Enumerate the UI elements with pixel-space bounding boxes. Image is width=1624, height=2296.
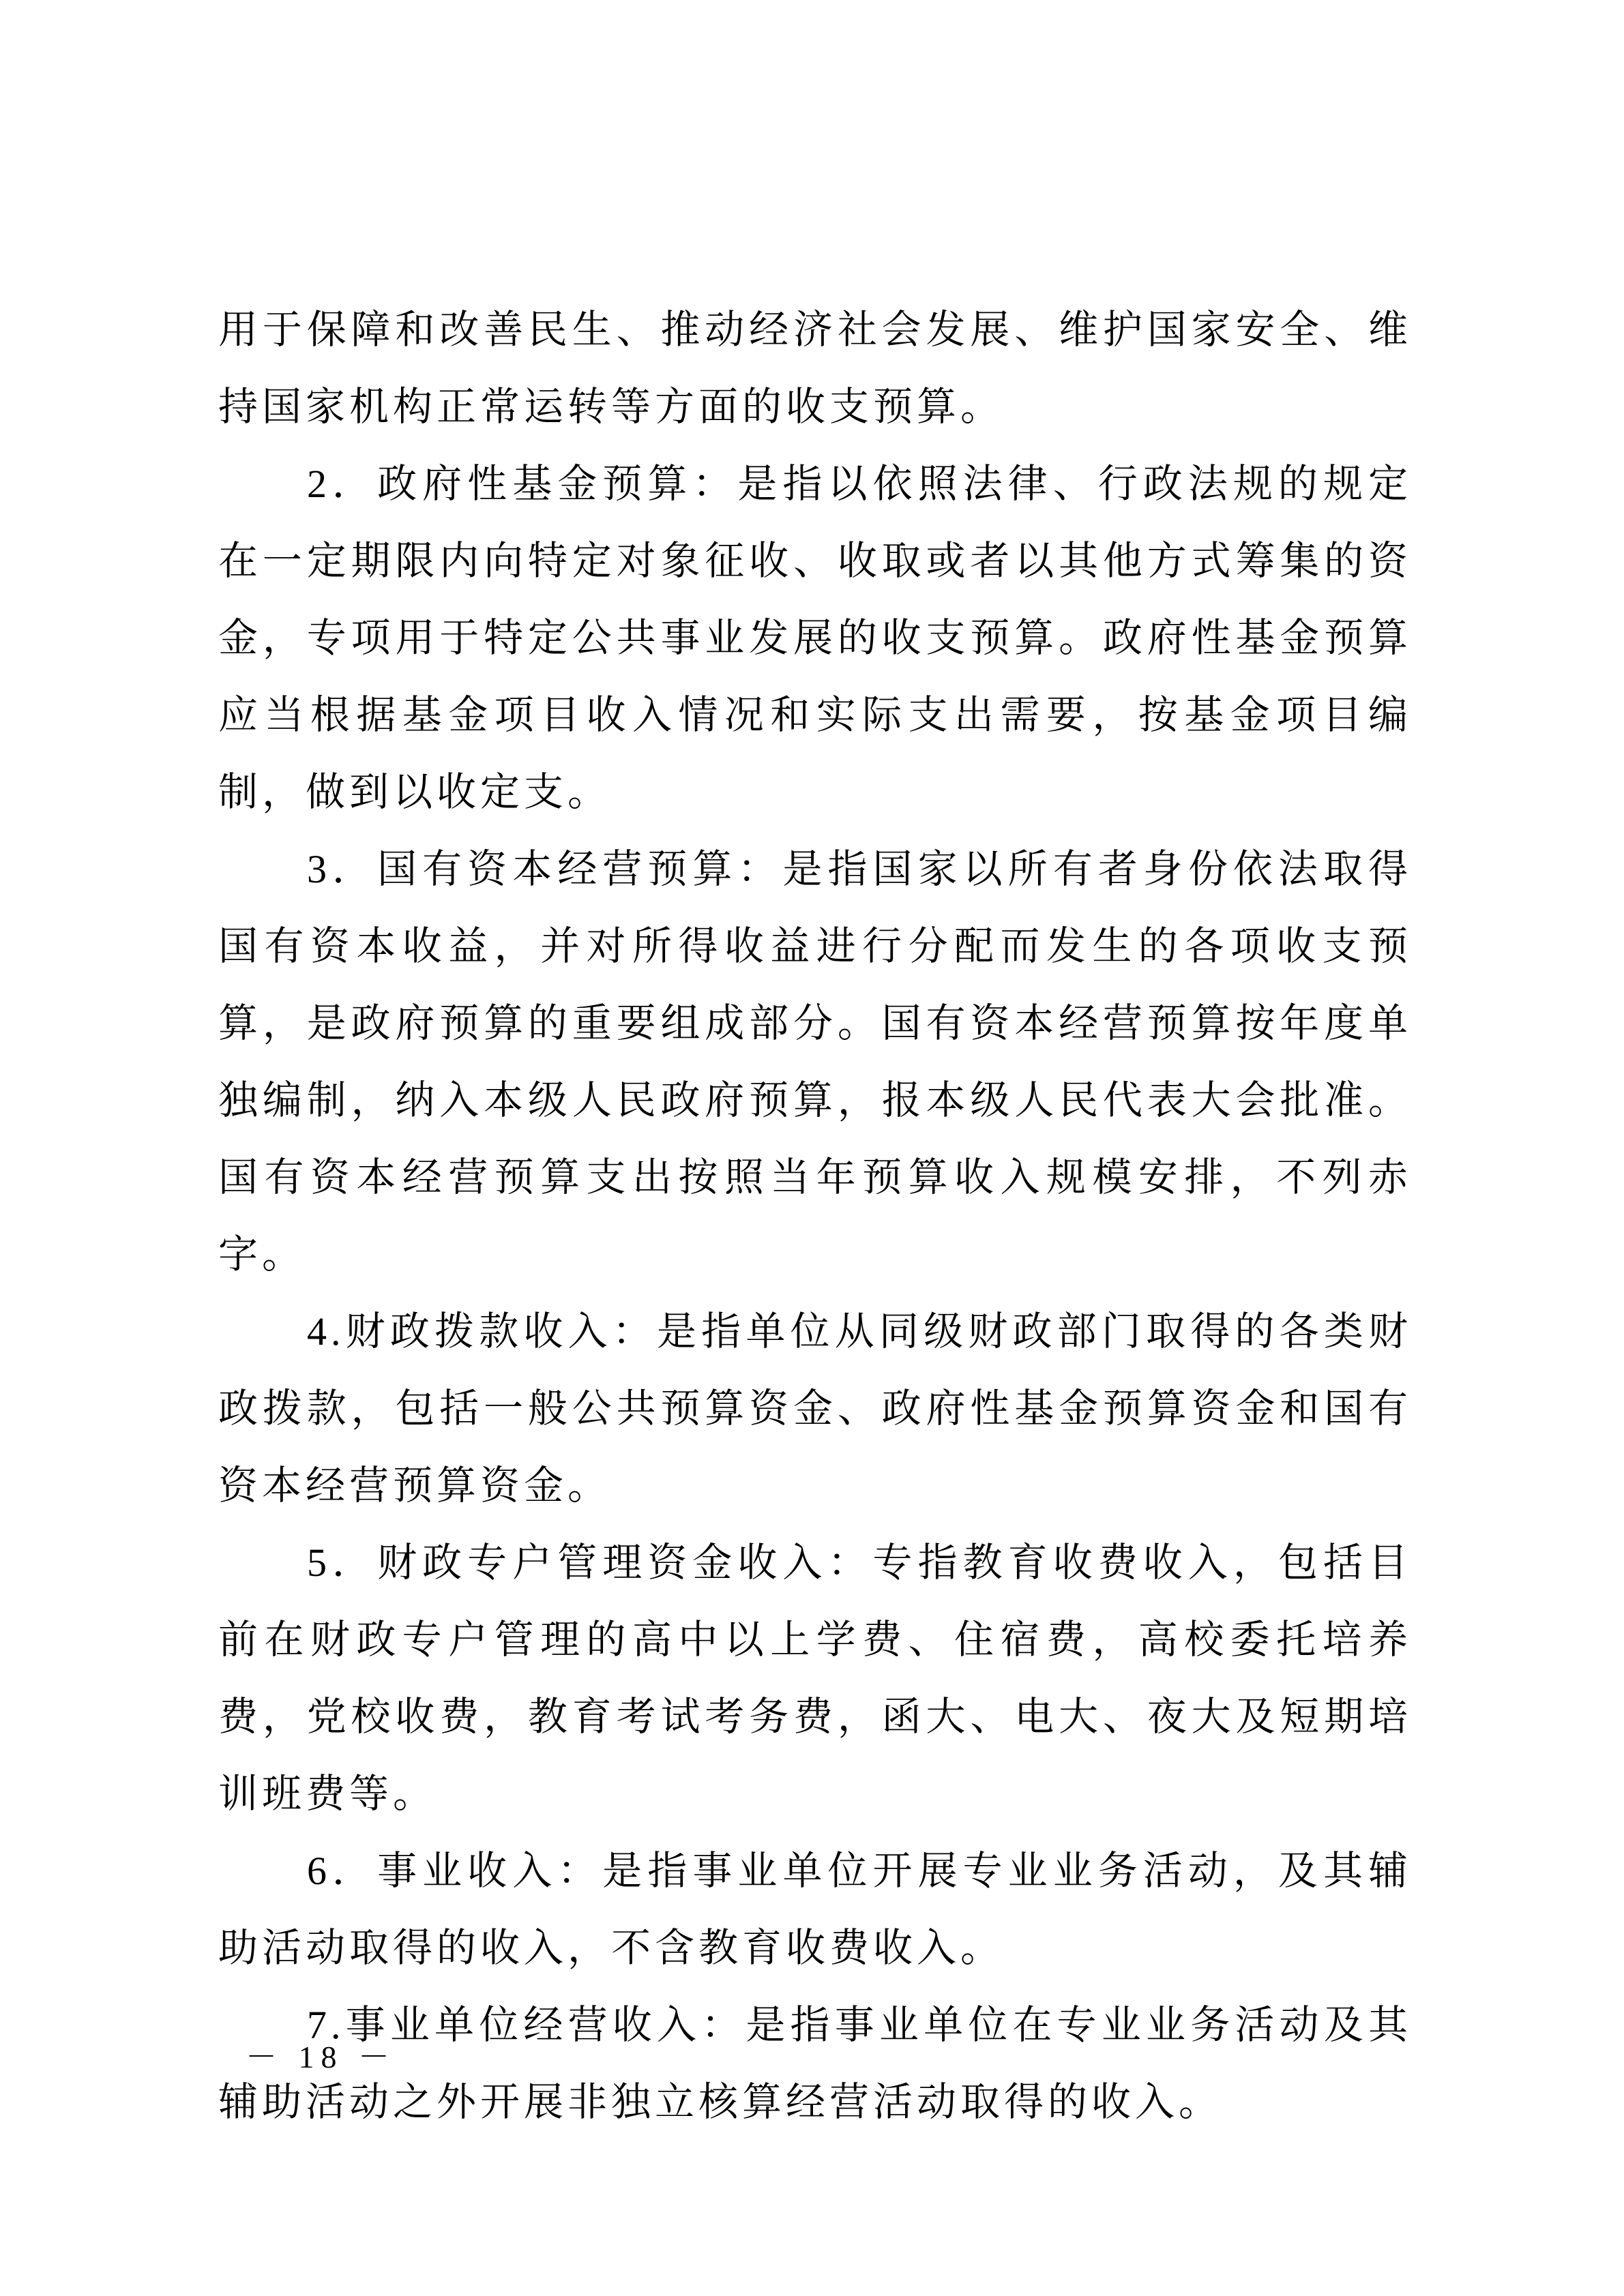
page-number: － 18 －	[246, 2032, 396, 2077]
document-body: 用于保障和改善民生、推动经济社会发展、维护国家安全、维持国家机构正常运转等方面的…	[218, 291, 1412, 2141]
paragraph-item-3-state-capital-budget: 3．国有资本经营预算：是指国家以所有者身份依法取得国有资本收益，并对所得收益进行…	[218, 831, 1412, 1293]
paragraph-item-2-government-fund-budget: 2．政府性基金预算：是指以依照法律、行政法规的规定在一定期限内向特定对象征收、收…	[218, 445, 1412, 831]
paragraph-item-5-special-account-income: 5．财政专户管理资金收入：专指教育收费收入，包括目前在财政专户管理的高中以上学费…	[218, 1524, 1412, 1832]
paragraph-continuation: 用于保障和改善民生、推动经济社会发展、维护国家安全、维持国家机构正常运转等方面的…	[218, 291, 1412, 445]
paragraph-item-6-institution-income: 6．事业收入：是指事业单位开展专业业务活动，及其辅助活动取得的收入，不含教育收费…	[218, 1832, 1412, 1986]
document-page: 用于保障和改善民生、推动经济社会发展、维护国家安全、维持国家机构正常运转等方面的…	[0, 0, 1624, 2296]
paragraph-item-7-operating-income: 7.事业单位经营收入：是指事业单位在专业业务活动及其辅助活动之外开展非独立核算经…	[218, 1986, 1412, 2141]
paragraph-item-4-fiscal-appropriation-income: 4.财政拨款收入：是指单位从同级财政部门取得的各类财政拨款，包括一般公共预算资金…	[218, 1293, 1412, 1524]
